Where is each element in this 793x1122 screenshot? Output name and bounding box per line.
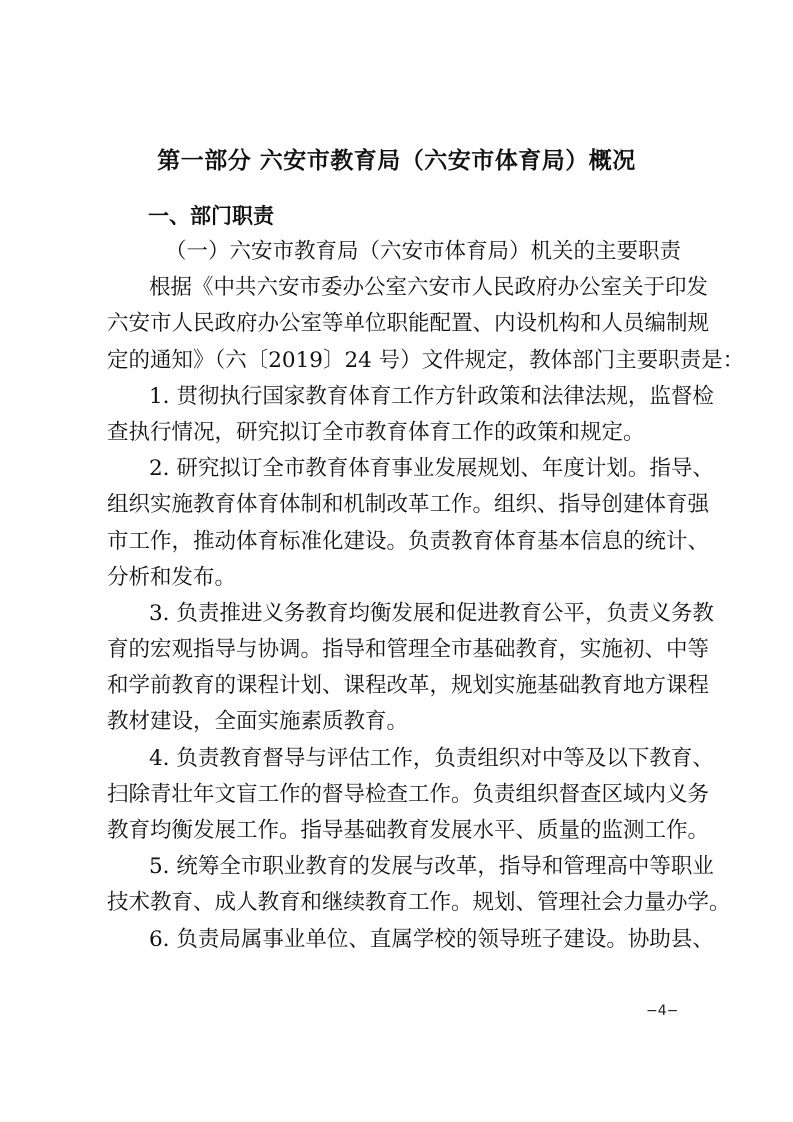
duty-item-2: 2. 研究拟订全市教育体育事业发展规划、年度计划。指导、 组织实施教育体育体制和…	[107, 451, 693, 596]
duty-item-6: 6. 负责局属事业单位、直属学校的领导班子建设。协助县、	[107, 922, 693, 958]
paragraph-line: 分析和发布。	[107, 560, 693, 596]
paragraph-line: 根据《中共六安市委办公室六安市人民政府办公室关于印发	[107, 270, 693, 306]
paragraph-line: 扫除青壮年文盲工作的督导检查工作。负责组织督查区域内义务	[107, 777, 693, 813]
duty-item-5: 5. 统筹全市职业教育的发展与改革，指导和管理高中等职业 技术教育、成人教育和继…	[107, 849, 693, 921]
paragraph-line: 组织实施教育体育体制和机制改革工作。组织、指导创建体育强	[107, 487, 693, 523]
intro-paragraph: 根据《中共六安市委办公室六安市人民政府办公室关于印发 六安市人民政府办公室等单位…	[107, 270, 693, 379]
duty-item-1: 1. 贯彻执行国家教育体育工作方针政策和法律法规，监督检 查执行情况，研究拟订全…	[107, 379, 693, 451]
paragraph-line: 技术教育、成人教育和继续教育工作。规划、管理社会力量办学。	[107, 885, 693, 921]
paragraph-line: 3. 负责推进义务教育均衡发展和促进教育公平，负责义务教	[107, 596, 693, 632]
duty-item-3: 3. 负责推进义务教育均衡发展和促进教育公平，负责义务教 育的宏观指导与协调。指…	[107, 596, 693, 741]
document-body: （一）六安市教育局（六安市体育局）机关的主要职责 根据《中共六安市委办公室六安市…	[107, 234, 693, 958]
paragraph-line: 市工作，推动体育标准化建设。负责教育体育基本信息的统计、	[107, 524, 693, 560]
paragraph-line: 1. 贯彻执行国家教育体育工作方针政策和法律法规，监督检	[107, 379, 693, 415]
paragraph-line: 2. 研究拟订全市教育体育事业发展规划、年度计划。指导、	[107, 451, 693, 487]
document-page: 第一部分 六安市教育局（六安市体育局）概况 一、部门职责 （一）六安市教育局（六…	[0, 0, 793, 1122]
paragraph-line: 六安市人民政府办公室等单位职能配置、内设机构和人员编制规	[107, 306, 693, 342]
paragraph-line: 6. 负责局属事业单位、直属学校的领导班子建设。协助县、	[107, 922, 693, 958]
section-heading: 一、部门职责	[148, 198, 274, 234]
paragraph-line: 育的宏观指导与协调。指导和管理全市基础教育，实施初、中等	[107, 632, 693, 668]
paragraph-line: 教育均衡发展工作。指导基础教育发展水平、质量的监测工作。	[107, 813, 693, 849]
paragraph-line: 教材建设，全面实施素质教育。	[107, 704, 693, 740]
page-number: −4−	[646, 1003, 678, 1019]
paragraph-line: 和学前教育的课程计划、课程改革，规划实施基础教育地方课程	[107, 668, 693, 704]
paragraph-line: 查执行情况，研究拟订全市教育体育工作的政策和规定。	[107, 415, 693, 451]
page-title: 第一部分 六安市教育局（六安市体育局）概况	[0, 143, 793, 179]
subsection-heading: （一）六安市教育局（六安市体育局）机关的主要职责	[107, 234, 693, 270]
paragraph-line: 定的通知》（六〔2019〕24 号）文件规定，教体部门主要职责是：	[107, 343, 693, 379]
duty-item-4: 4. 负责教育督导与评估工作，负责组织对中等及以下教育、 扫除青壮年文盲工作的督…	[107, 741, 693, 850]
paragraph-line: 4. 负责教育督导与评估工作，负责组织对中等及以下教育、	[107, 741, 693, 777]
paragraph-line: 5. 统筹全市职业教育的发展与改革，指导和管理高中等职业	[107, 849, 693, 885]
